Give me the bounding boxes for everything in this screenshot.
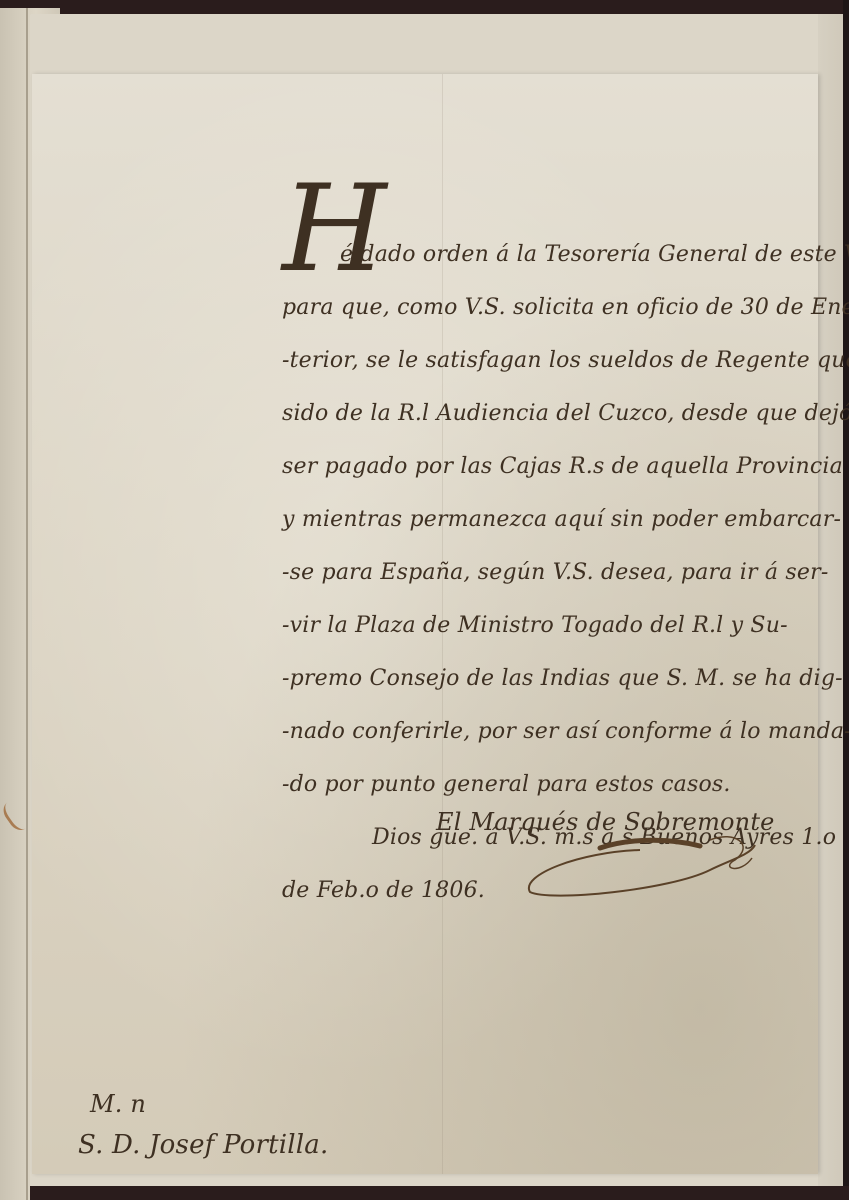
body-line: sido de la R.l Audiencia del Cuzco, desd… [282,387,822,440]
right-page-edge [818,14,846,1186]
body-line: é dado orden á la Tesorería General de e… [282,228,822,281]
body-line: -vir la Plaza de Ministro Togado del R.l… [282,599,822,652]
background-right [843,0,849,1200]
signature-rubric-icon [520,830,760,900]
page-edge-line [26,8,28,1200]
body-line: ser pagado por las Cajas R.s de aquella … [282,440,822,493]
body-line: -terior, se le satisfagan los sueldos de… [282,334,822,387]
addressee: M. n S. D. Josef Portilla. [78,1085,328,1167]
addressee-title: M. n [78,1085,328,1123]
body-line: -se para España, según V.S. desea, para … [282,546,822,599]
addressee-name: S. D. Josef Portilla. [78,1123,328,1167]
body-line: para que, como V.S. solicita en oficio d… [282,281,822,334]
body-line: -nado conferirle, por ser así conforme á… [282,705,822,758]
background-bottom [30,1186,849,1200]
body-line: -premo Consejo de las Indias que S. M. s… [282,652,822,705]
body-line: y mientras permanezca aquí sin poder emb… [282,493,822,546]
body-line: -do por punto general para estos casos. [282,758,822,811]
